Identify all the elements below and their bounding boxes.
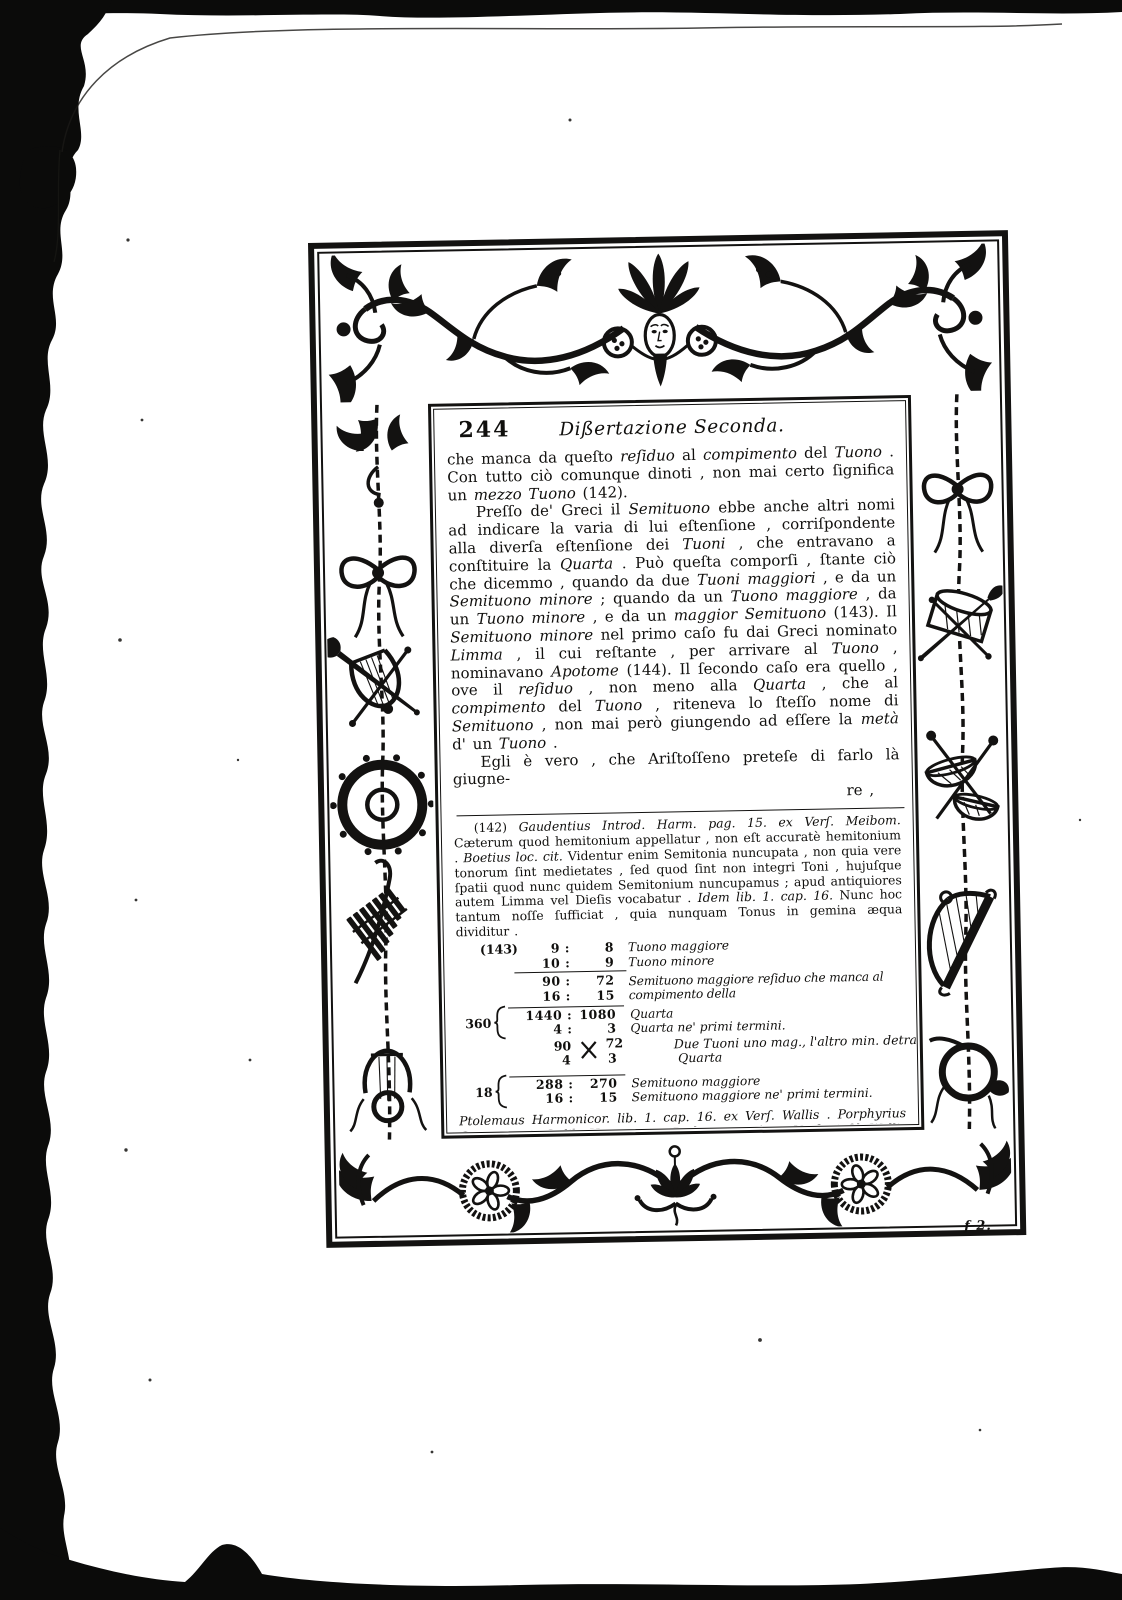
tambourine-icon (329, 754, 436, 856)
ribbon-bow-icon (341, 557, 416, 637)
left-border-ornament (323, 404, 439, 1141)
ratio-consequent: 15 (574, 1091, 618, 1106)
paper-crease-line (62, 24, 1062, 152)
acanthus-branch-left (322, 243, 625, 402)
palmette-icon (634, 1146, 717, 1226)
inner-text-frame: 244 Dißertazione Seconda. che manca da q… (428, 395, 924, 1139)
cross-label-line2: Quarta (678, 1050, 722, 1066)
body-text: che manca da queſto reſiduo al compiment… (447, 443, 900, 807)
cross-top-left: 90 (554, 1039, 572, 1054)
ratio-antecedent: 16 : (510, 1091, 574, 1107)
top-edge-tear (0, 0, 1122, 20)
pan-pipes-icon (343, 860, 422, 983)
ratio-consequent: 3 (572, 1022, 616, 1037)
running-title: Dißertazione Seconda. (559, 415, 785, 440)
sum-value: 360 (457, 1015, 491, 1031)
top-border-ornament (322, 243, 997, 402)
natural-horn-icon (323, 634, 426, 723)
signature-mark: f 2. (964, 1219, 992, 1235)
sum-value: 18 (458, 1084, 492, 1100)
cross-top-right: 72 (606, 1036, 624, 1051)
braced-group-18: 18 288 : 270 Semituono maggiore 16 : (458, 1067, 906, 1109)
ratio-antecedent: 16 : (515, 989, 571, 1005)
kettledrums-icon (924, 729, 1000, 824)
floral-scroll-right (681, 1138, 1012, 1233)
floral-scroll-left (339, 1145, 671, 1236)
ratio-antecedent: 4 : (508, 1022, 572, 1038)
ratio-consequent: 9 (570, 955, 614, 970)
paragraph-2: Preſſo de' Greci il Semituono ebbe anche… (448, 497, 899, 754)
ratio-label: Tuono minore (628, 953, 714, 969)
bottom-border-ornament (339, 1135, 1012, 1235)
right-border-ornament (913, 393, 1012, 1129)
harp-icon (928, 890, 997, 995)
cross-bottom-right: 3 (608, 1051, 617, 1066)
ratio-antecedent: 10 : (514, 956, 570, 972)
bottom-edge-tear (0, 1528, 1122, 1600)
acanthus-branch-right (694, 243, 997, 402)
printed-page-block: 244 Dißertazione Seconda. che manca da q… (308, 230, 1026, 1248)
left-edge-tear (0, 0, 112, 1600)
ratio-span-label: Semituono maggiore reſiduo che manca al … (628, 969, 903, 1002)
mask-ornament (602, 253, 716, 388)
footnote-143-ratio-table: (143) 9 : 8 Tuono maggiore 10 : 9 Tuono … (456, 935, 906, 1109)
scanned-book-page: { "colors": { "ink": "#131211", "paper":… (0, 0, 1122, 1600)
hanging-cord (375, 405, 391, 1140)
brace-icon (494, 1075, 508, 1109)
footnote-142: (142) Gaudentius Introd. Harm. pag. 15. … (454, 813, 903, 940)
ratio-consequent: 15 (571, 988, 615, 1003)
cross-multiplication-icon (580, 1040, 598, 1060)
page-number: 244 (458, 416, 510, 443)
ratio-label: Quarta (630, 1006, 673, 1021)
running-header: 244 Dißertazione Seconda. (446, 406, 894, 447)
hand-lyre-icon (349, 1050, 426, 1131)
drum-icon (928, 586, 994, 642)
footnote-ref: (143) (456, 943, 514, 959)
paragraph-1: che manca da queſto reſiduo al compiment… (447, 443, 895, 505)
cross-multiplication-group: 90 72 4 3 Due Tuoni uno mag., l'altro mi… (554, 1034, 906, 1072)
ratio-label: Semituono maggiore ne' primi termini. (632, 1086, 873, 1105)
page-text-area: 244 Dißertazione Seconda. che manca da q… (435, 402, 917, 1131)
ratio-label: Quarta ne' primi termini. (630, 1019, 785, 1036)
brace-icon (493, 1006, 507, 1040)
cross-bottom-left: 4 (562, 1053, 571, 1068)
